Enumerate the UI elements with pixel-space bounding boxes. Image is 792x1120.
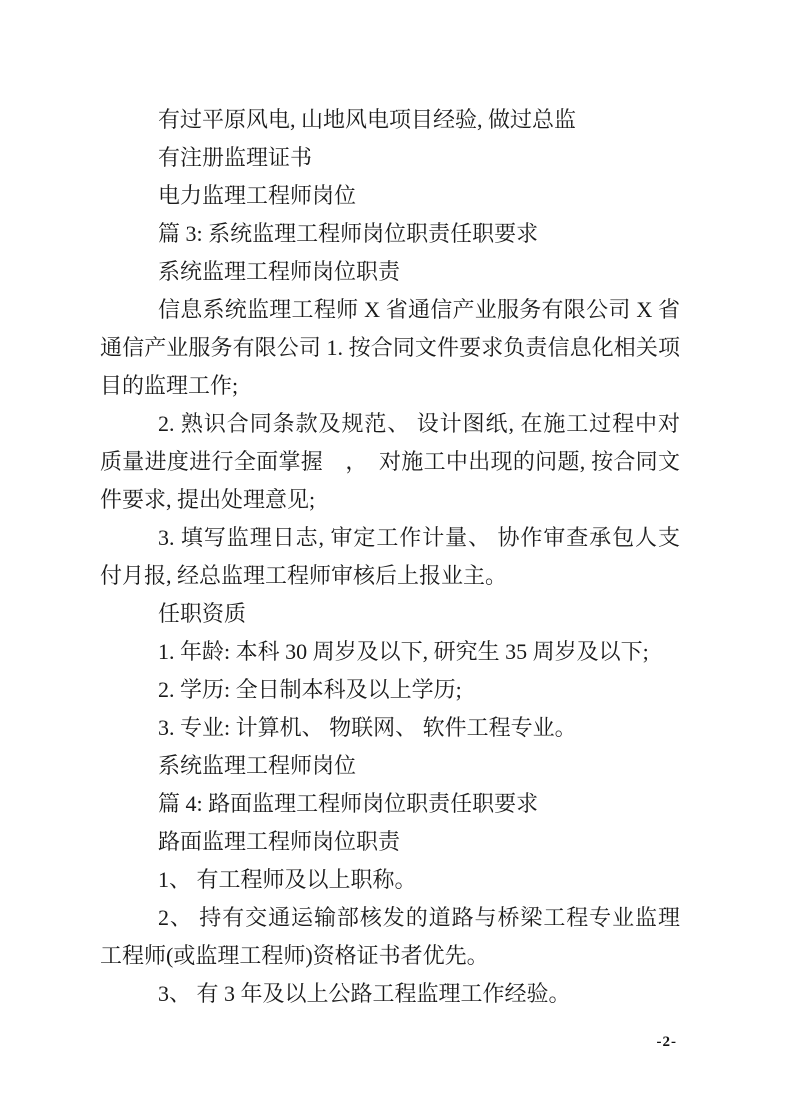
paragraph: 信息系统监理工程师 X 省通信产业服务有限公司 X 省通信产业服务有限公司 1.…	[100, 291, 680, 405]
paragraph: 系统监理工程师岗位	[100, 747, 680, 785]
paragraph: 路面监理工程师岗位职责	[100, 823, 680, 861]
paragraph: 有过平原风电, 山地风电项目经验, 做过总监	[100, 101, 680, 139]
paragraph: 1. 年龄: 本科 30 周岁及以下, 研究生 35 周岁及以下;	[100, 633, 680, 671]
paragraph: 系统监理工程师岗位职责	[100, 253, 680, 291]
paragraph: 篇 3: 系统监理工程师岗位职责任职要求	[100, 215, 680, 253]
paragraph: 2. 熟识合同条款及规范、 设计图纸, 在施工过程中对质量进度进行全面掌握 ， …	[100, 405, 680, 519]
page-number: -2-	[657, 1034, 678, 1051]
paragraph: 任职资质	[100, 595, 680, 633]
paragraph: 3. 填写监理日志, 审定工作计量、 协作审查承包人支付月报, 经总监理工程师审…	[100, 519, 680, 595]
paragraph: 2、 持有交通运输部核发的道路与桥梁工程专业监理工程师(或监理工程师)资格证书者…	[100, 899, 680, 975]
document-body: 有过平原风电, 山地风电项目经验, 做过总监 有注册监理证书 电力监理工程师岗位…	[0, 0, 792, 1013]
paragraph: 3. 专业: 计算机、 物联网、 软件工程专业。	[100, 709, 680, 747]
paragraph: 3、 有 3 年及以上公路工程监理工作经验。	[100, 975, 680, 1013]
paragraph: 2. 学历: 全日制本科及以上学历;	[100, 671, 680, 709]
paragraph: 电力监理工程师岗位	[100, 177, 680, 215]
paragraph: 1、 有工程师及以上职称。	[100, 861, 680, 899]
paragraph: 篇 4: 路面监理工程师岗位职责任职要求	[100, 785, 680, 823]
paragraph: 有注册监理证书	[100, 139, 680, 177]
document-page: 有过平原风电, 山地风电项目经验, 做过总监 有注册监理证书 电力监理工程师岗位…	[0, 0, 792, 1120]
